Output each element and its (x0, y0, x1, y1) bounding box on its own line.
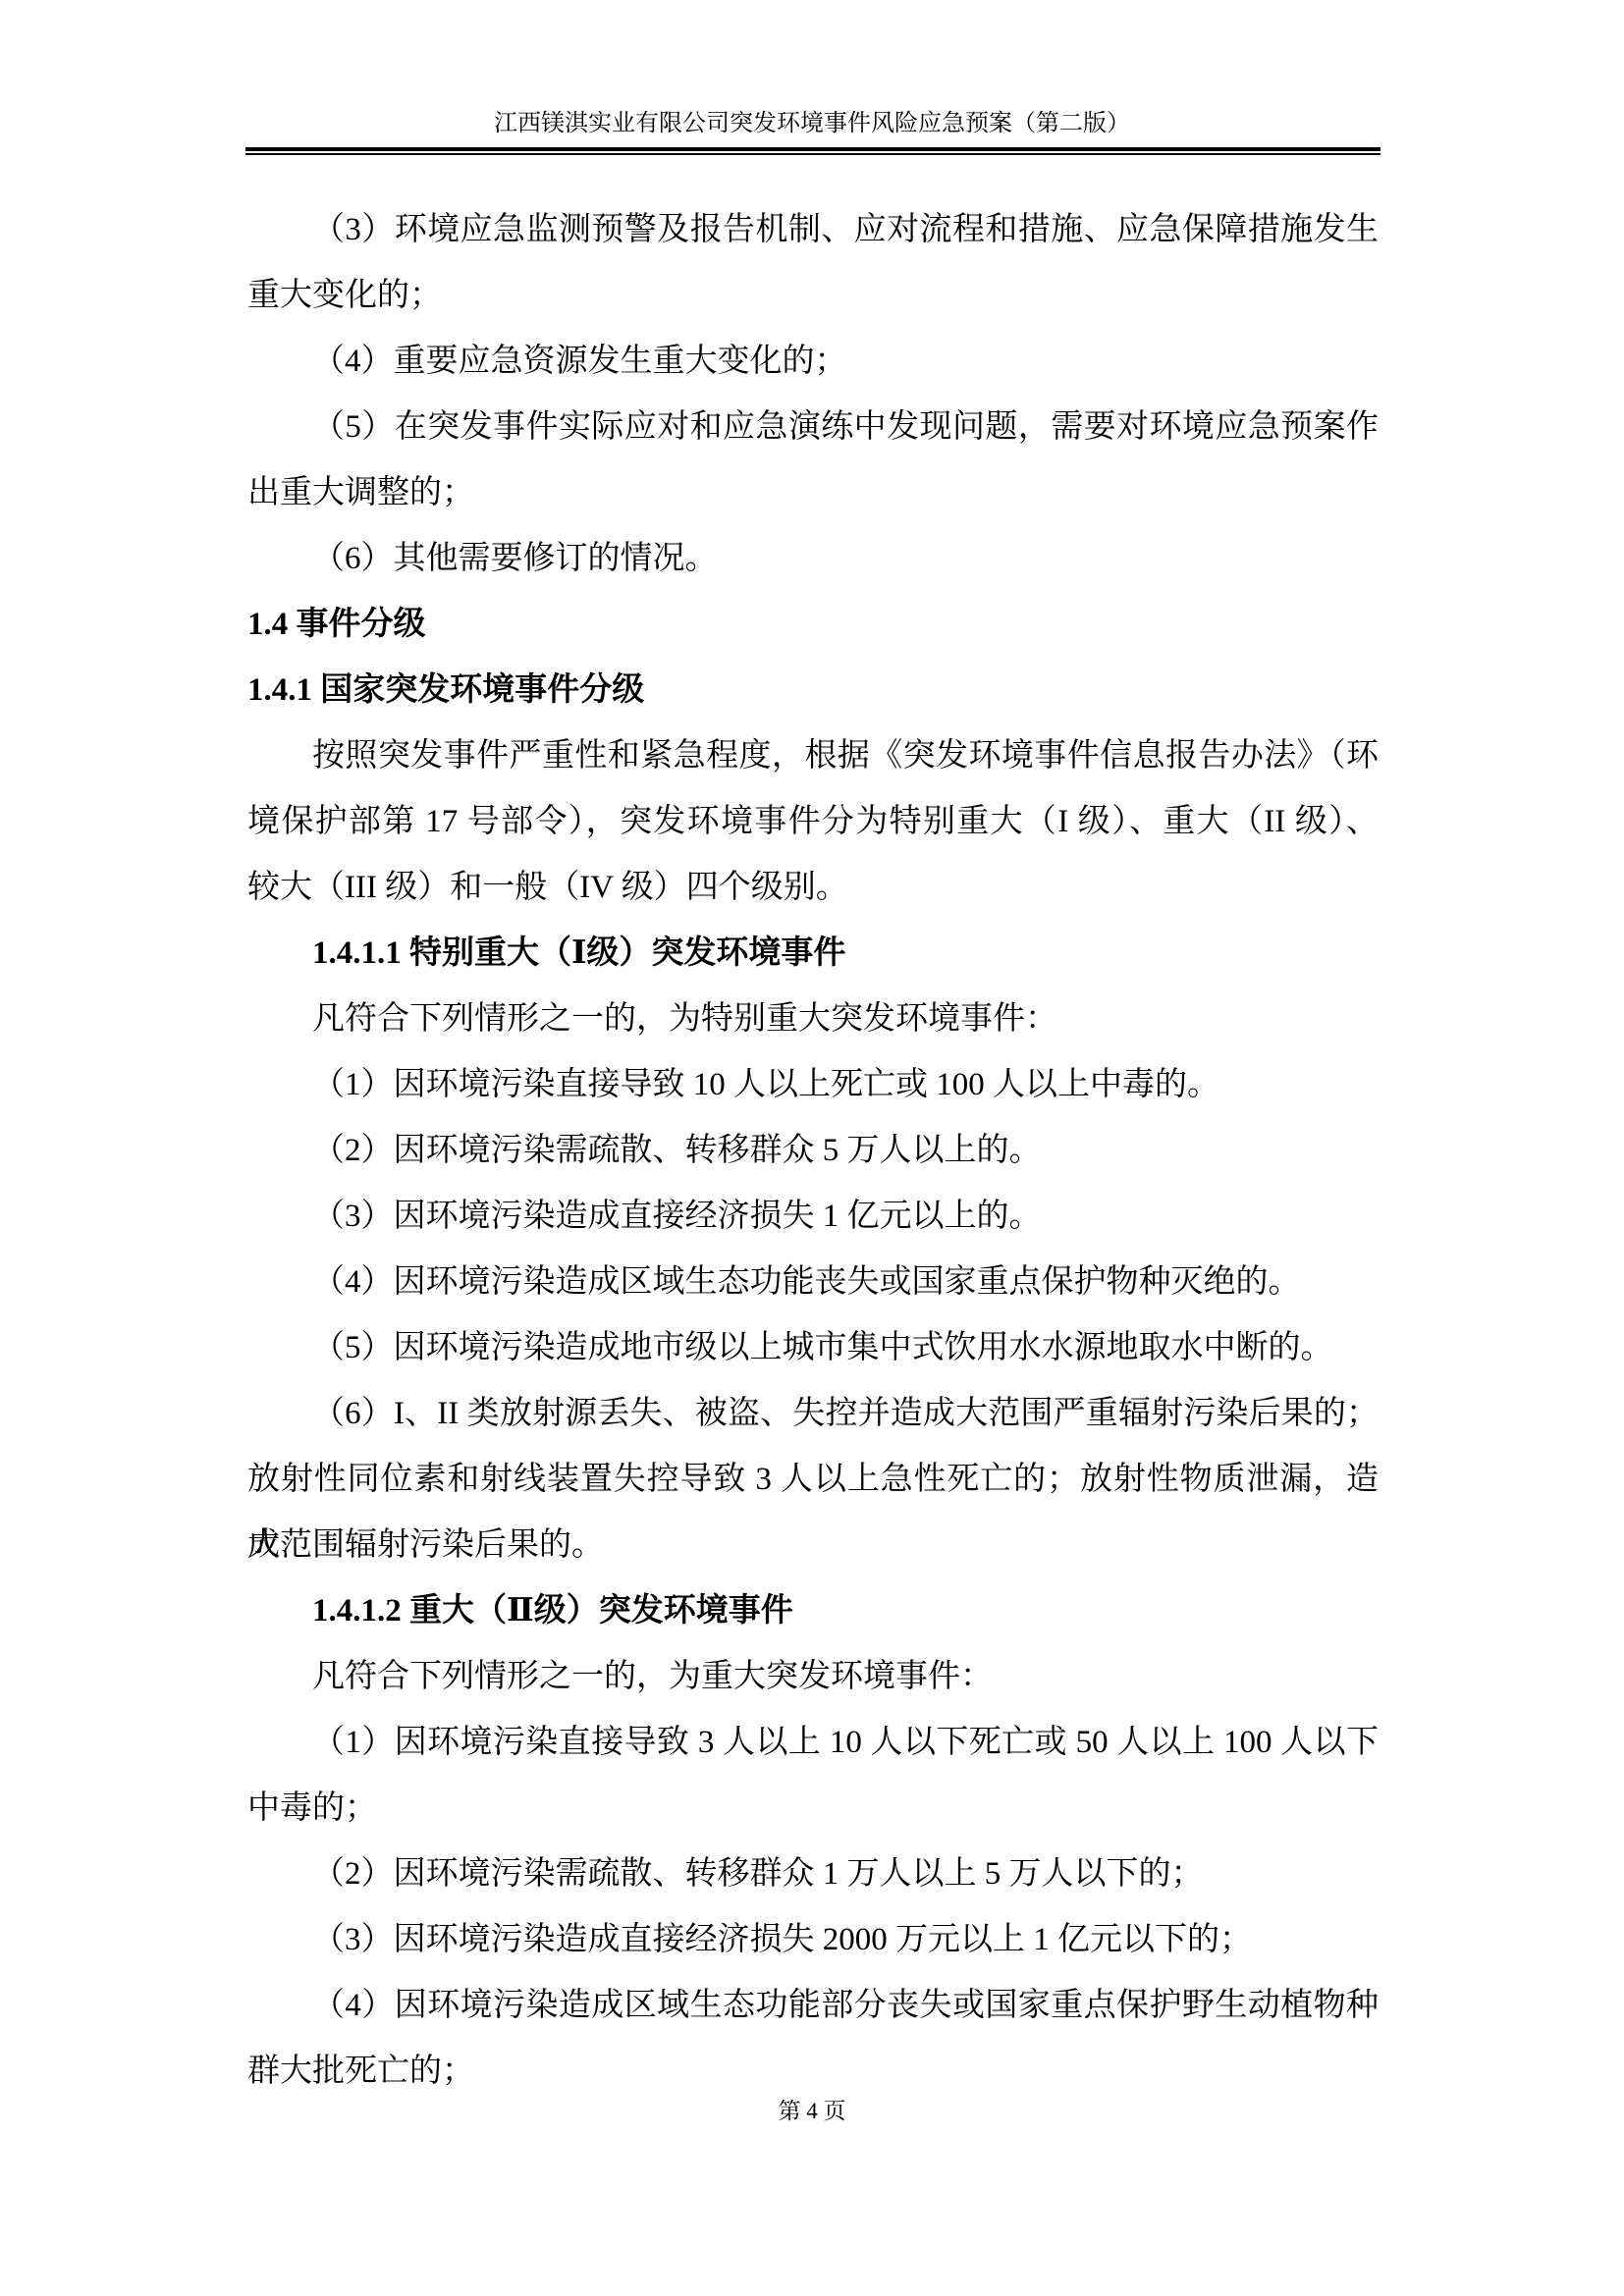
text-line: （1）因环境污染直接导致 10 人以上死亡或 100 人以上中毒的。 (247, 1052, 1379, 1118)
text-line: 较大（III 级）和一般（IV 级）四个级别。 (247, 855, 1379, 921)
text-line: 群大批死亡的； (247, 2039, 1379, 2105)
text-line: （2）因环境污染需疏散、转移群众 1 万人以上 5 万人以下的； (247, 1842, 1379, 1907)
text-line: 出重大调整的； (247, 460, 1379, 526)
text-line: 放射性同位素和射线装置失控导致 3 人以上急性死亡的；放射性物质泄漏，造成 (247, 1447, 1379, 1513)
page-header: 江西镁淇实业有限公司突发环境事件风险应急预案（第二版） (0, 108, 1624, 139)
heading-line: 1.4.1 国家突发环境事件分级 (247, 658, 1379, 723)
text-line: 重大变化的； (247, 263, 1379, 329)
text-line: 境保护部第 17 号部令），突发环境事件分为特别重大（I 级）、重大（II 级）… (247, 789, 1379, 855)
text-line: （4）因环境污染造成区域生态功能丧失或国家重点保护物种灭绝的。 (247, 1250, 1379, 1315)
text-line: 凡符合下列情形之一的，为特别重大突发环境事件： (247, 987, 1379, 1052)
text-line: （5）因环境污染造成地市级以上城市集中式饮用水水源地取水中断的。 (247, 1315, 1379, 1381)
document-body: （3）环境应急监测预警及报告机制、应对流程和措施、应急保障措施发生重大变化的；（… (247, 197, 1379, 2105)
page-footer: 第 4 页 (0, 2097, 1624, 2126)
text-line: （3）因环境污染造成直接经济损失 1 亿元以上的。 (247, 1184, 1379, 1250)
text-line: （6）I、II 类放射源丢失、被盗、失控并造成大范围严重辐射污染后果的； (247, 1381, 1379, 1447)
text-line: （3）环境应急监测预警及报告机制、应对流程和措施、应急保障措施发生 (247, 197, 1379, 263)
text-line: 凡符合下列情形之一的，为重大突发环境事件： (247, 1644, 1379, 1710)
heading-line: 1.4.1.1 特别重大（Ⅰ级）突发环境事件 (247, 921, 1379, 987)
document-page: 江西镁淇实业有限公司突发环境事件风险应急预案（第二版） （3）环境应急监测预警及… (0, 0, 1624, 2296)
text-line: （6）其他需要修订的情况。 (247, 526, 1379, 592)
header-double-rule (245, 147, 1380, 155)
page-number: 第 4 页 (779, 2099, 846, 2123)
header-title: 江西镁淇实业有限公司突发环境事件风险应急预案（第二版） (494, 111, 1130, 136)
text-line: （5）在突发事件实际应对和应急演练中发现问题，需要对环境应急预案作 (247, 395, 1379, 460)
heading-line: 1.4.1.2 重大（Ⅱ级）突发环境事件 (247, 1578, 1379, 1644)
text-line: （2）因环境污染需疏散、转移群众 5 万人以上的。 (247, 1118, 1379, 1184)
text-line: （3）因环境污染造成直接经济损失 2000 万元以上 1 亿元以下的； (247, 1907, 1379, 1973)
text-line: （4）因环境污染造成区域生态功能部分丧失或国家重点保护野生动植物种 (247, 1973, 1379, 2039)
text-line: 大范围辐射污染后果的。 (247, 1513, 1379, 1578)
heading-line: 1.4 事件分级 (247, 592, 1379, 658)
text-line: 中毒的； (247, 1776, 1379, 1842)
text-line: （1）因环境污染直接导致 3 人以上 10 人以下死亡或 50 人以上 100 … (247, 1710, 1379, 1776)
text-line: （4）重要应急资源发生重大变化的； (247, 329, 1379, 395)
text-line: 按照突发事件严重性和紧急程度，根据《突发环境事件信息报告办法》（环 (247, 723, 1379, 789)
